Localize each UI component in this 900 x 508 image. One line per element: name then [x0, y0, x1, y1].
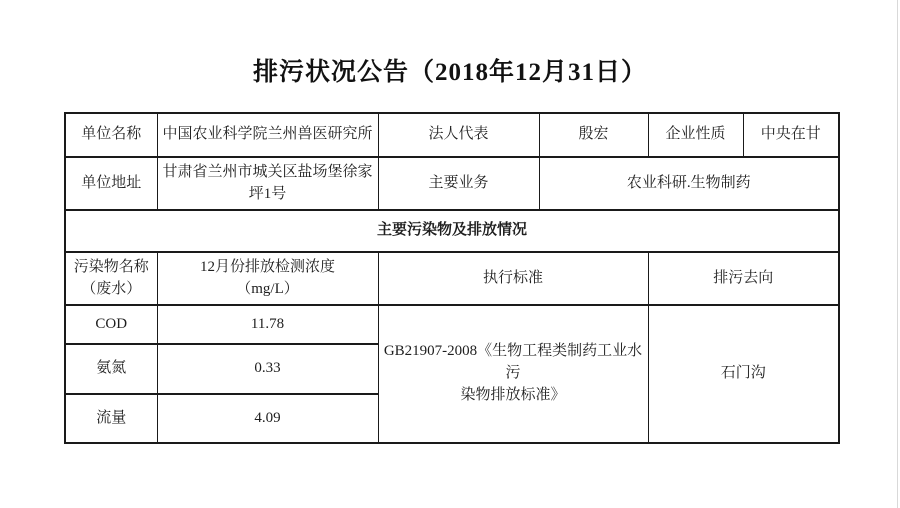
- pollutant-name-flow: 流量: [65, 394, 157, 443]
- unit-name-value: 中国农业科学院兰州兽医研究所: [157, 113, 378, 157]
- pollutant-value-cod: 11.78: [157, 305, 378, 344]
- legal-rep-value: 殷宏: [539, 113, 648, 157]
- pollutant-value-flow: 4.09: [157, 394, 378, 443]
- pollutant-value-ammonia: 0.33: [157, 344, 378, 394]
- table-row-cod: COD 11.78 GB21907-2008《生物工程类制药工业水污 染物排放标…: [65, 305, 839, 344]
- screen-right-edge-line: [897, 0, 898, 508]
- page-title: 排污状况公告（2018年12月31日）: [0, 52, 900, 88]
- destination-value: 石门沟: [648, 305, 839, 443]
- pollutant-name-cod: COD: [65, 305, 157, 344]
- discharge-report-table: 单位名称 中国农业科学院兰州兽医研究所 法人代表 殷宏 企业性质 中央在甘 单位…: [64, 112, 840, 444]
- table-row-section-header: 主要污染物及排放情况: [65, 210, 839, 252]
- standard-value: GB21907-2008《生物工程类制药工业水污 染物排放标准》: [378, 305, 648, 443]
- pollutant-name-ammonia: 氨氮: [65, 344, 157, 394]
- unit-name-label: 单位名称: [65, 113, 157, 157]
- column-header-concentration: 12月份排放检测浓度 （mg/L）: [157, 252, 378, 305]
- main-business-value: 农业科研.生物制药: [539, 157, 839, 210]
- section-header: 主要污染物及排放情况: [65, 210, 839, 252]
- table-row-column-headers: 污染物名称 （废水） 12月份排放检测浓度 （mg/L） 执行标准 排污去向: [65, 252, 839, 305]
- main-business-label: 主要业务: [378, 157, 539, 210]
- unit-address-label: 单位地址: [65, 157, 157, 210]
- legal-rep-label: 法人代表: [378, 113, 539, 157]
- unit-address-value: 甘肃省兰州市城关区盐场堡徐家 坪1号: [157, 157, 378, 210]
- column-header-destination: 排污去向: [648, 252, 839, 305]
- column-header-pollutant: 污染物名称 （废水）: [65, 252, 157, 305]
- enterprise-type-label: 企业性质: [648, 113, 743, 157]
- enterprise-type-value: 中央在甘: [743, 113, 839, 157]
- column-header-standard: 执行标准: [378, 252, 648, 305]
- table-row-address: 单位地址 甘肃省兰州市城关区盐场堡徐家 坪1号 主要业务 农业科研.生物制药: [65, 157, 839, 210]
- table-row-unit: 单位名称 中国农业科学院兰州兽医研究所 法人代表 殷宏 企业性质 中央在甘: [65, 113, 839, 157]
